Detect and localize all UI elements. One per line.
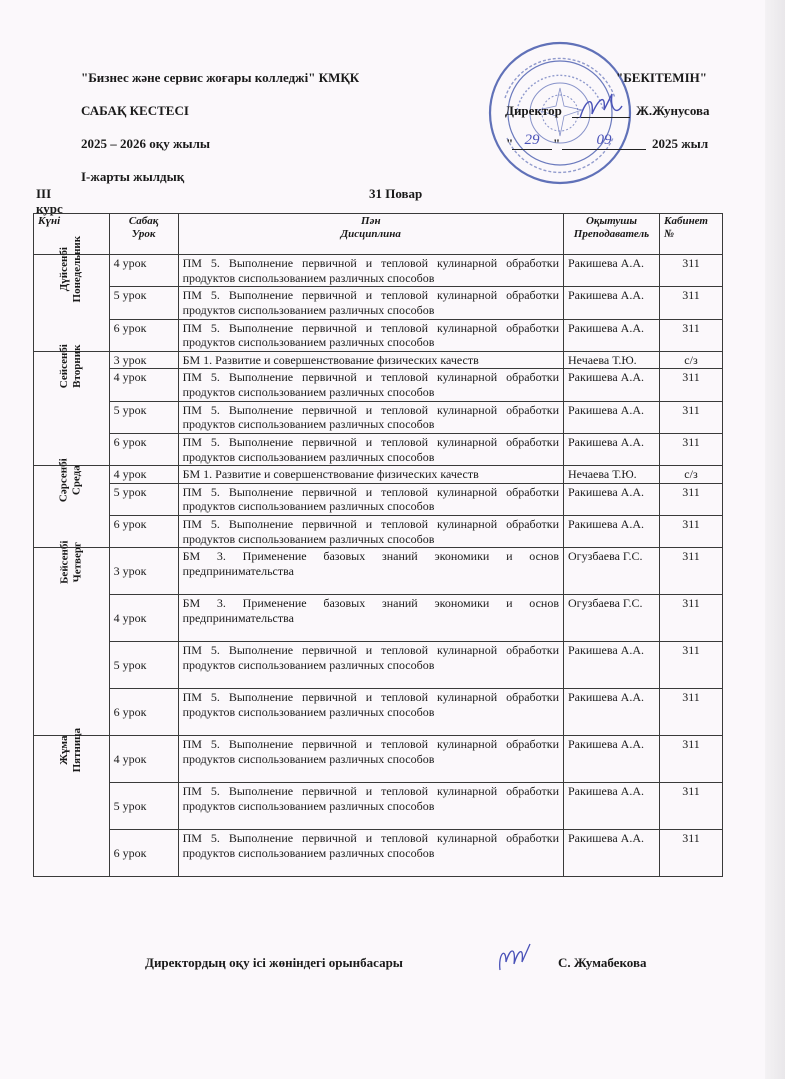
teacher-cell: Нечаева Т.Ю.	[564, 351, 660, 369]
teacher-cell: Огузбаева Г.С.	[564, 595, 660, 642]
teacher-cell: Нечаева Т.Ю.	[564, 466, 660, 484]
day-label: СәрсенбіСреда	[58, 458, 84, 502]
teacher-cell: Ракишева А.А.	[564, 736, 660, 783]
teacher-cell: Ракишева А.А.	[564, 516, 660, 548]
day-cell: БейсенбіЧетверг	[34, 548, 110, 736]
deputy-signature-icon	[494, 940, 534, 976]
table-row: ЖұмаПятница4 урокПМ 5. Выполнение первич…	[34, 736, 723, 783]
table-row: 4 урокПМ 5. Выполнение первичной и тепло…	[34, 369, 723, 401]
college-name: "Бизнес және сервис жоғары колледжі" КМҚ…	[81, 70, 359, 86]
lesson-cell: 4 урок	[109, 736, 178, 783]
room-cell: 311	[660, 595, 723, 642]
table-row: 5 урокПМ 5. Выполнение первичной и тепло…	[34, 642, 723, 689]
day-cell: ДүйсенбіПонедельник	[34, 255, 110, 352]
academic-year: 2025 – 2026 оқу жылы	[81, 136, 210, 152]
table-header-row: Күні СабақУрок ПәнДисциплина ОқытушыПреп…	[34, 214, 723, 255]
teacher-cell: Ракишева А.А.	[564, 319, 660, 351]
director-label: Директор	[505, 103, 562, 119]
teacher-cell: Ракишева А.А.	[564, 830, 660, 877]
director-signature-icon	[576, 88, 624, 128]
schedule-table: Күні СабақУрок ПәнДисциплина ОқытушыПреп…	[33, 213, 723, 877]
table-row: 5 урокПМ 5. Выполнение первичной и тепло…	[34, 287, 723, 319]
subject-cell: ПМ 5. Выполнение первичной и тепловой ку…	[178, 255, 563, 287]
subject-cell: ПМ 5. Выполнение первичной и тепловой ку…	[178, 642, 563, 689]
lesson-cell: 3 урок	[109, 351, 178, 369]
room-cell: 311	[660, 548, 723, 595]
subject-cell: ПМ 5. Выполнение первичной и тепловой ку…	[178, 433, 563, 465]
header-lesson: СабақУрок	[109, 214, 178, 255]
lesson-cell: 6 урок	[109, 319, 178, 351]
table-row: ДүйсенбіПонедельник4 урокПМ 5. Выполнени…	[34, 255, 723, 287]
room-cell: 311	[660, 783, 723, 830]
table-row: 6 урокПМ 5. Выполнение первичной и тепло…	[34, 516, 723, 548]
teacher-cell: Ракишева А.А.	[564, 255, 660, 287]
room-cell: 311	[660, 319, 723, 351]
day-cell: СәрсенбіСреда	[34, 466, 110, 548]
day-label: БейсенбіЧетверг	[58, 541, 84, 584]
lesson-cell: 5 урок	[109, 483, 178, 515]
lesson-cell: 3 урок	[109, 548, 178, 595]
table-row: 6 урокПМ 5. Выполнение первичной и тепло…	[34, 433, 723, 465]
subject-cell: БМ 1. Развитие и совершенствование физич…	[178, 351, 563, 369]
subject-cell: БМ 3. Применение базовых знаний экономик…	[178, 548, 563, 595]
teacher-cell: Ракишева А.А.	[564, 287, 660, 319]
deputy-position: Директордың оқу ісі жөніндегі орынбасары	[145, 955, 403, 971]
lesson-cell: 6 урок	[109, 433, 178, 465]
date-close-quote: "	[553, 136, 560, 152]
subject-cell: БМ 3. Применение базовых знаний экономик…	[178, 595, 563, 642]
approved-label: "БЕКІТЕМІН"	[616, 70, 707, 86]
lesson-cell: 6 урок	[109, 516, 178, 548]
header-teacher: ОқытушыПреподаватель	[564, 214, 660, 255]
subject-cell: ПМ 5. Выполнение первичной и тепловой ку…	[178, 783, 563, 830]
lesson-cell: 5 урок	[109, 401, 178, 433]
lesson-cell: 4 урок	[109, 255, 178, 287]
room-cell: 311	[660, 401, 723, 433]
director-name: Ж.Жунусова	[636, 103, 710, 119]
lesson-cell: 6 урок	[109, 689, 178, 736]
room-cell: с/з	[660, 466, 723, 484]
table-row: 5 урокПМ 5. Выполнение первичной и тепло…	[34, 483, 723, 515]
group-name: 31 Повар	[369, 186, 422, 202]
lesson-cell: 6 урок	[109, 830, 178, 877]
teacher-cell: Ракишева А.А.	[564, 642, 660, 689]
day-label: ДүйсенбіПонедельник	[58, 236, 84, 303]
table-row: 6 урокПМ 5. Выполнение первичной и тепло…	[34, 319, 723, 351]
teacher-cell: Ракишева А.А.	[564, 369, 660, 401]
lesson-cell: 4 урок	[109, 369, 178, 401]
header-subject: ПәнДисциплина	[178, 214, 563, 255]
table-row: 4 урокБМ 3. Применение базовых знаний эк…	[34, 595, 723, 642]
table-row: 6 урокПМ 5. Выполнение первичной и тепло…	[34, 689, 723, 736]
header-room: Кабинет№	[660, 214, 723, 255]
room-cell: 311	[660, 689, 723, 736]
subject-cell: ПМ 5. Выполнение первичной и тепловой ку…	[178, 483, 563, 515]
course: ІІІ курс	[36, 186, 66, 216]
lesson-cell: 5 урок	[109, 783, 178, 830]
room-cell: 311	[660, 736, 723, 783]
lesson-cell: 4 урок	[109, 595, 178, 642]
subject-cell: ПМ 5. Выполнение первичной и тепловой ку…	[178, 319, 563, 351]
room-cell: 311	[660, 483, 723, 515]
document-title: САБАҚ КЕСТЕСІ	[81, 103, 189, 119]
table-row: 5 урокПМ 5. Выполнение первичной и тепло…	[34, 401, 723, 433]
subject-cell: ПМ 5. Выполнение первичной и тепловой ку…	[178, 830, 563, 877]
room-cell: 311	[660, 433, 723, 465]
room-cell: 311	[660, 642, 723, 689]
table-row: 6 урокПМ 5. Выполнение первичной и тепло…	[34, 830, 723, 877]
table-row: БейсенбіЧетверг3 урокБМ 3. Применение ба…	[34, 548, 723, 595]
lesson-cell: 5 урок	[109, 642, 178, 689]
semester: І-жарты жылдық	[81, 169, 184, 185]
subject-cell: ПМ 5. Выполнение первичной и тепловой ку…	[178, 287, 563, 319]
teacher-cell: Ракишева А.А.	[564, 783, 660, 830]
deputy-name: С. Жумабекова	[558, 955, 646, 971]
subject-cell: БМ 1. Развитие и совершенствование физич…	[178, 466, 563, 484]
lesson-cell: 5 урок	[109, 287, 178, 319]
room-cell: 311	[660, 369, 723, 401]
teacher-cell: Ракишева А.А.	[564, 433, 660, 465]
room-cell: 311	[660, 287, 723, 319]
subject-cell: ПМ 5. Выполнение первичной и тепловой ку…	[178, 736, 563, 783]
scan-edge-shadow	[765, 0, 785, 1079]
subject-cell: ПМ 5. Выполнение первичной и тепловой ку…	[178, 516, 563, 548]
room-cell: с/з	[660, 351, 723, 369]
day-cell: СейсенбіВторник	[34, 351, 110, 465]
room-cell: 311	[660, 830, 723, 877]
subject-cell: ПМ 5. Выполнение первичной и тепловой ку…	[178, 401, 563, 433]
teacher-cell: Ракишева А.А.	[564, 689, 660, 736]
table-row: 5 урокПМ 5. Выполнение первичной и тепло…	[34, 783, 723, 830]
table-row: СейсенбіВторник3 урокБМ 1. Развитие и со…	[34, 351, 723, 369]
day-label: ЖұмаПятница	[58, 728, 84, 772]
teacher-cell: Ракишева А.А.	[564, 483, 660, 515]
lesson-cell: 4 урок	[109, 466, 178, 484]
subject-cell: ПМ 5. Выполнение первичной и тепловой ку…	[178, 369, 563, 401]
table-row: СәрсенбіСреда4 урокБМ 1. Развитие и сове…	[34, 466, 723, 484]
room-cell: 311	[660, 516, 723, 548]
approval-day: 29	[512, 132, 552, 150]
room-cell: 311	[660, 255, 723, 287]
day-cell: ЖұмаПятница	[34, 736, 110, 877]
teacher-cell: Ракишева А.А.	[564, 401, 660, 433]
approval-year: 2025 жыл	[652, 136, 708, 152]
approval-month: 09	[562, 132, 646, 150]
subject-cell: ПМ 5. Выполнение первичной и тепловой ку…	[178, 689, 563, 736]
day-label: СейсенбіВторник	[58, 344, 84, 388]
teacher-cell: Огузбаева Г.С.	[564, 548, 660, 595]
